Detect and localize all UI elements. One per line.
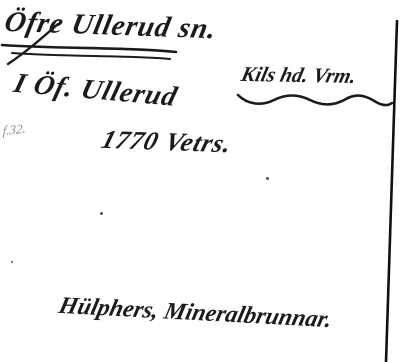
parish-heading: Öfre Ullerud sn. (2, 8, 220, 44)
heading-underline-bottom (12, 53, 170, 59)
ink-speck (11, 261, 13, 263)
page-reference-note: f.32. (3, 122, 26, 138)
district-wavy-underline (238, 95, 392, 105)
district-note: Kils hd. Vrm. (239, 64, 358, 87)
heading-underline-top (2, 45, 176, 52)
ink-speck (266, 177, 269, 180)
entry-line: I Öf. Ullerud (11, 70, 181, 112)
archive-card: Öfre Ullerud sn. Kils hd. Vrm. I Öf. Ull… (0, 0, 400, 362)
year-signature-line: 1770 Vetrs. (99, 127, 236, 157)
source-citation: Hülphers, Mineralbrunnar. (57, 294, 335, 332)
vertical-rule (386, 21, 397, 362)
ink-speck (100, 212, 103, 215)
